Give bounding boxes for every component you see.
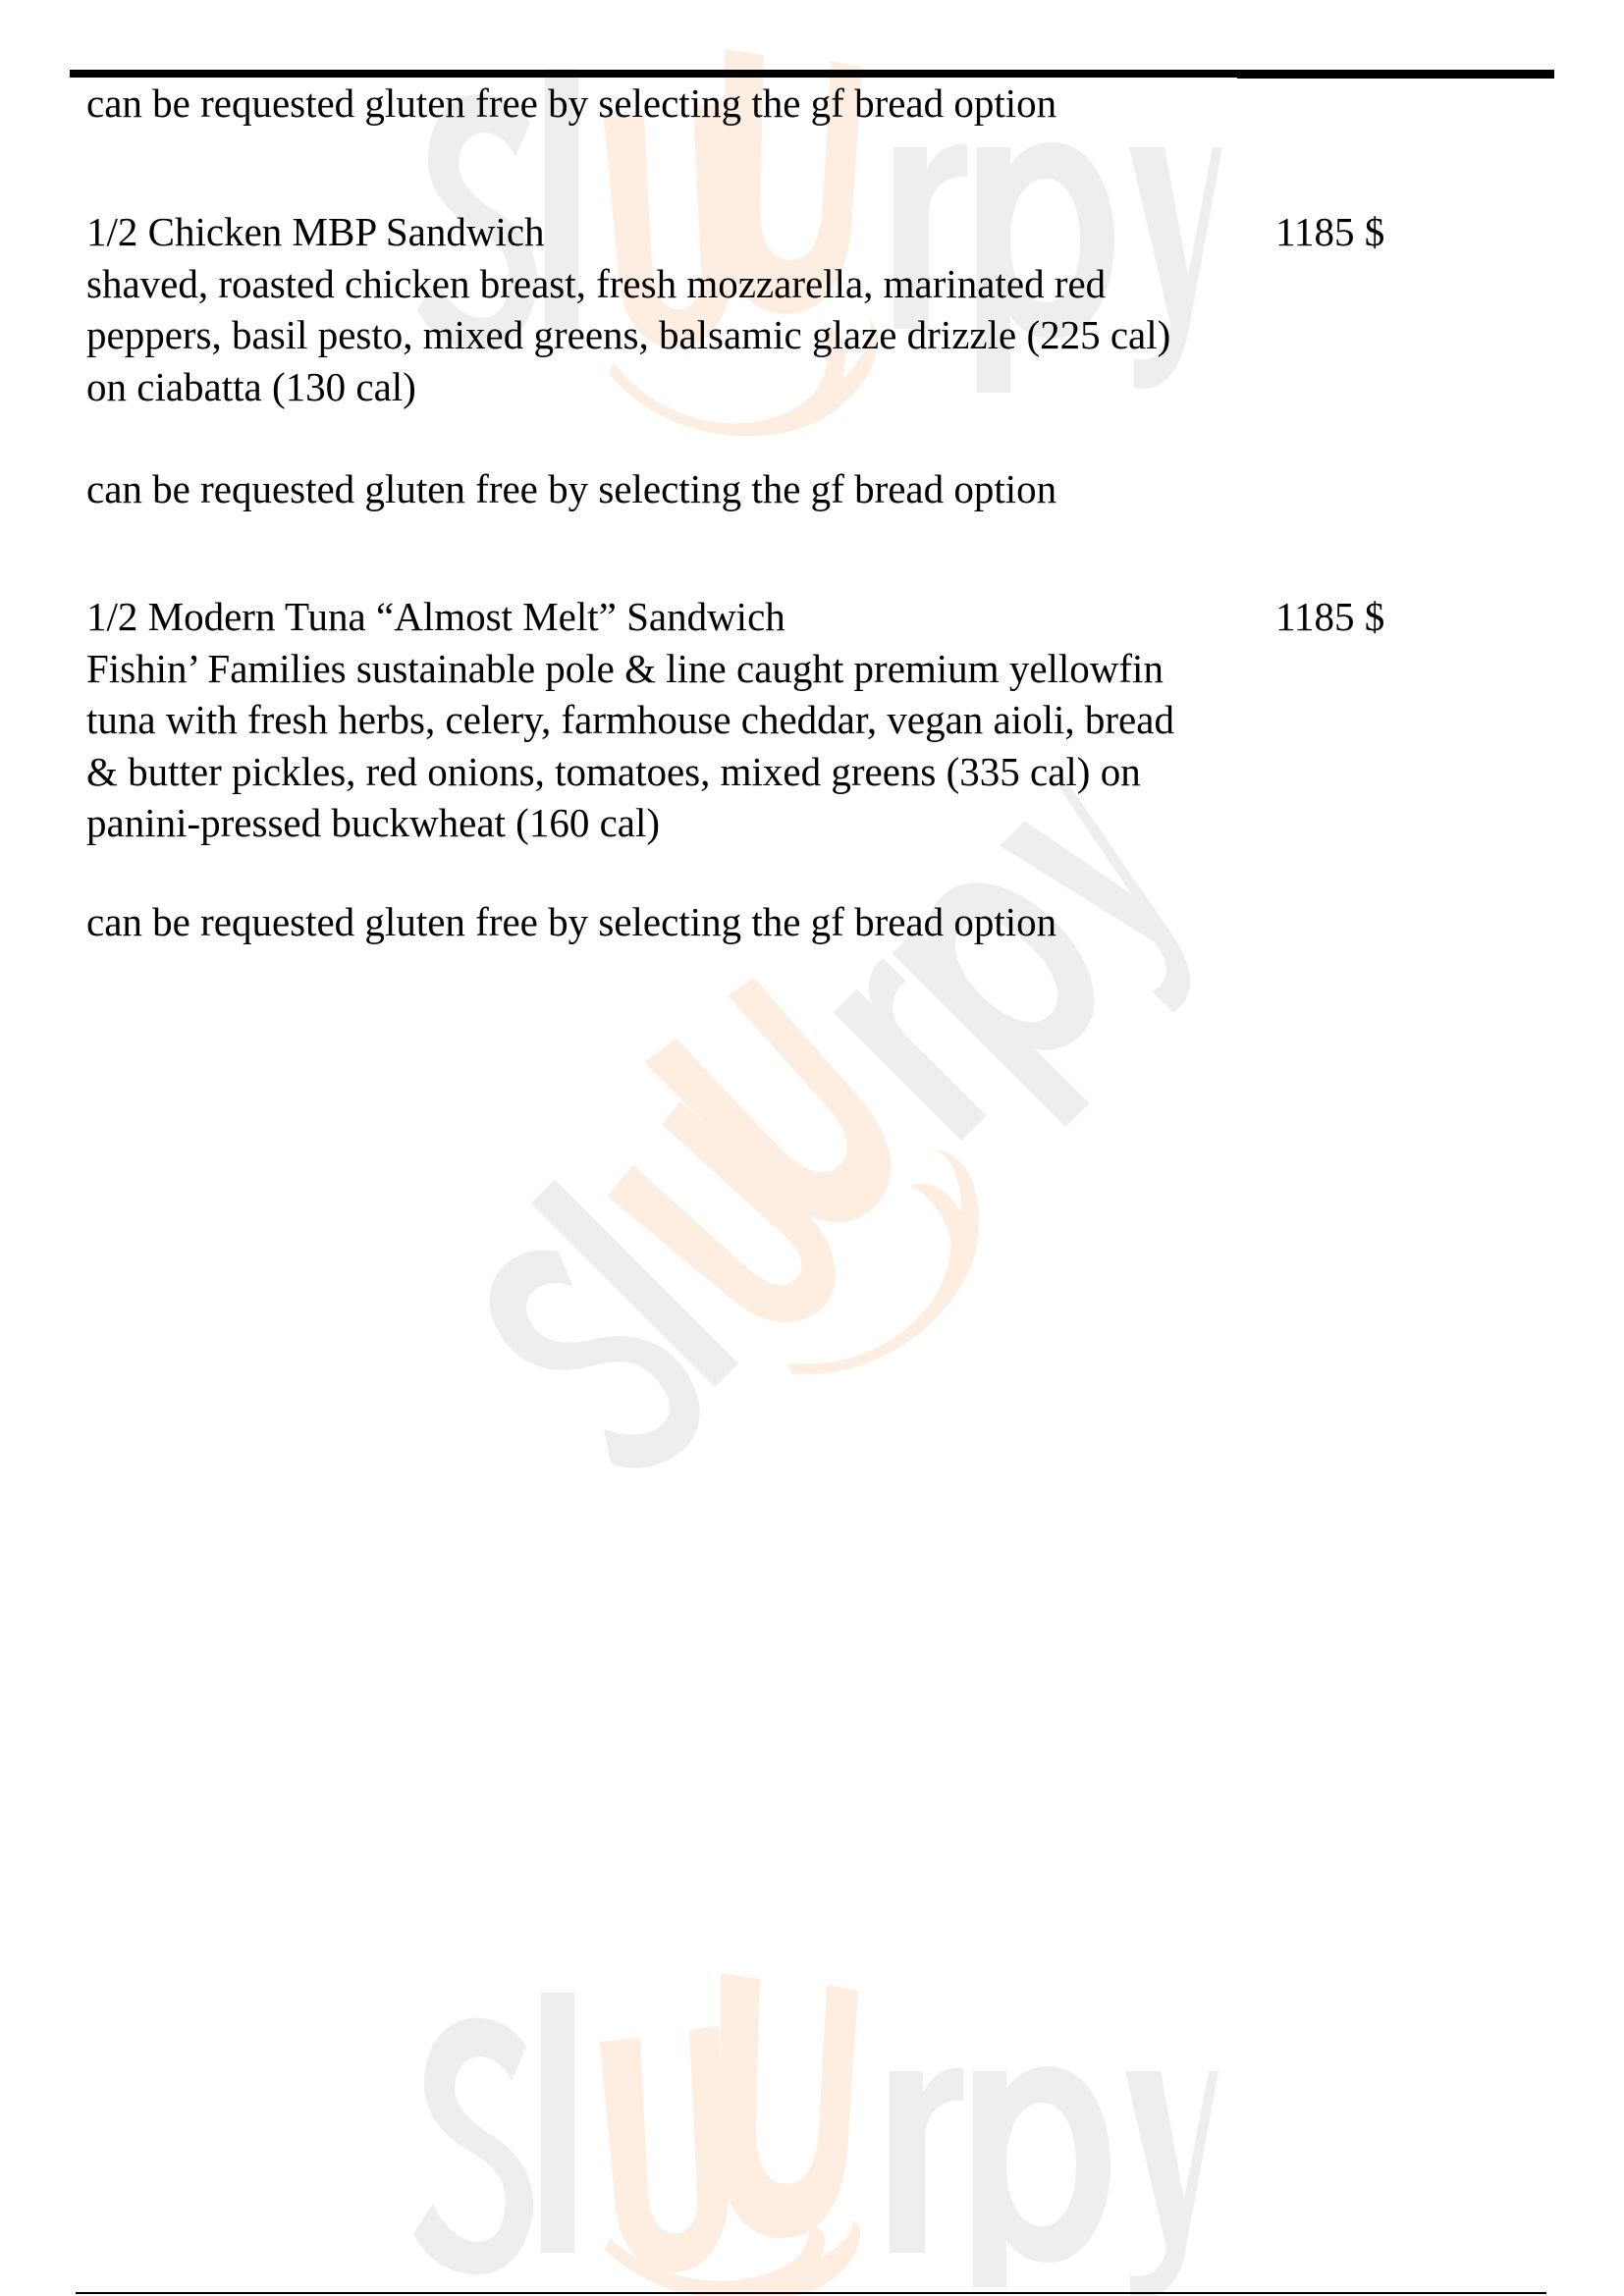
slurpy-logo-icon bbox=[408, 1963, 1218, 2287]
menu-item-description-line: & butter pickles, red onions, tomatoes, … bbox=[86, 746, 1245, 798]
menu-item-description-line: shaved, roasted chicken breast, fresh mo… bbox=[86, 258, 1245, 310]
page-bottom-rule bbox=[76, 2292, 1546, 2294]
menu-item-description-line: peppers, basil pesto, mixed greens, bals… bbox=[86, 309, 1245, 361]
menu-item-description-line: tuna with fresh herbs, celery, farmhouse… bbox=[86, 694, 1245, 746]
menu-item-price: 1185 $ bbox=[1275, 206, 1384, 258]
menu-item-name: 1/2 Chicken MBP Sandwich bbox=[86, 206, 1245, 258]
menu-item-name: 1/2 Modern Tuna “Almost Melt” Sandwich bbox=[86, 591, 1245, 643]
menu-item-description-line: on ciabatta (130 cal) bbox=[86, 361, 1245, 413]
menu-item-description-line: panini-pressed buckwheat (160 cal) bbox=[86, 797, 1245, 849]
menu-item-1: 1/2 Chicken MBP Sandwich shaved, roasted… bbox=[86, 206, 1245, 412]
menu-item-note: can be requested gluten free by selectin… bbox=[86, 463, 1245, 515]
menu-item-note: can be requested gluten free by selectin… bbox=[86, 896, 1245, 948]
continuation-note: can be requested gluten free by selectin… bbox=[86, 78, 1245, 130]
menu-item-price: 1185 $ bbox=[1275, 591, 1384, 643]
price-column-top-border bbox=[1237, 77, 1554, 79]
menu-item-2: 1/2 Modern Tuna “Almost Melt” Sandwich F… bbox=[86, 591, 1245, 849]
watermark-logo-bottom bbox=[408, 1963, 1218, 2287]
menu-item-description-line: Fishin’ Families sustainable pole & line… bbox=[86, 643, 1245, 695]
